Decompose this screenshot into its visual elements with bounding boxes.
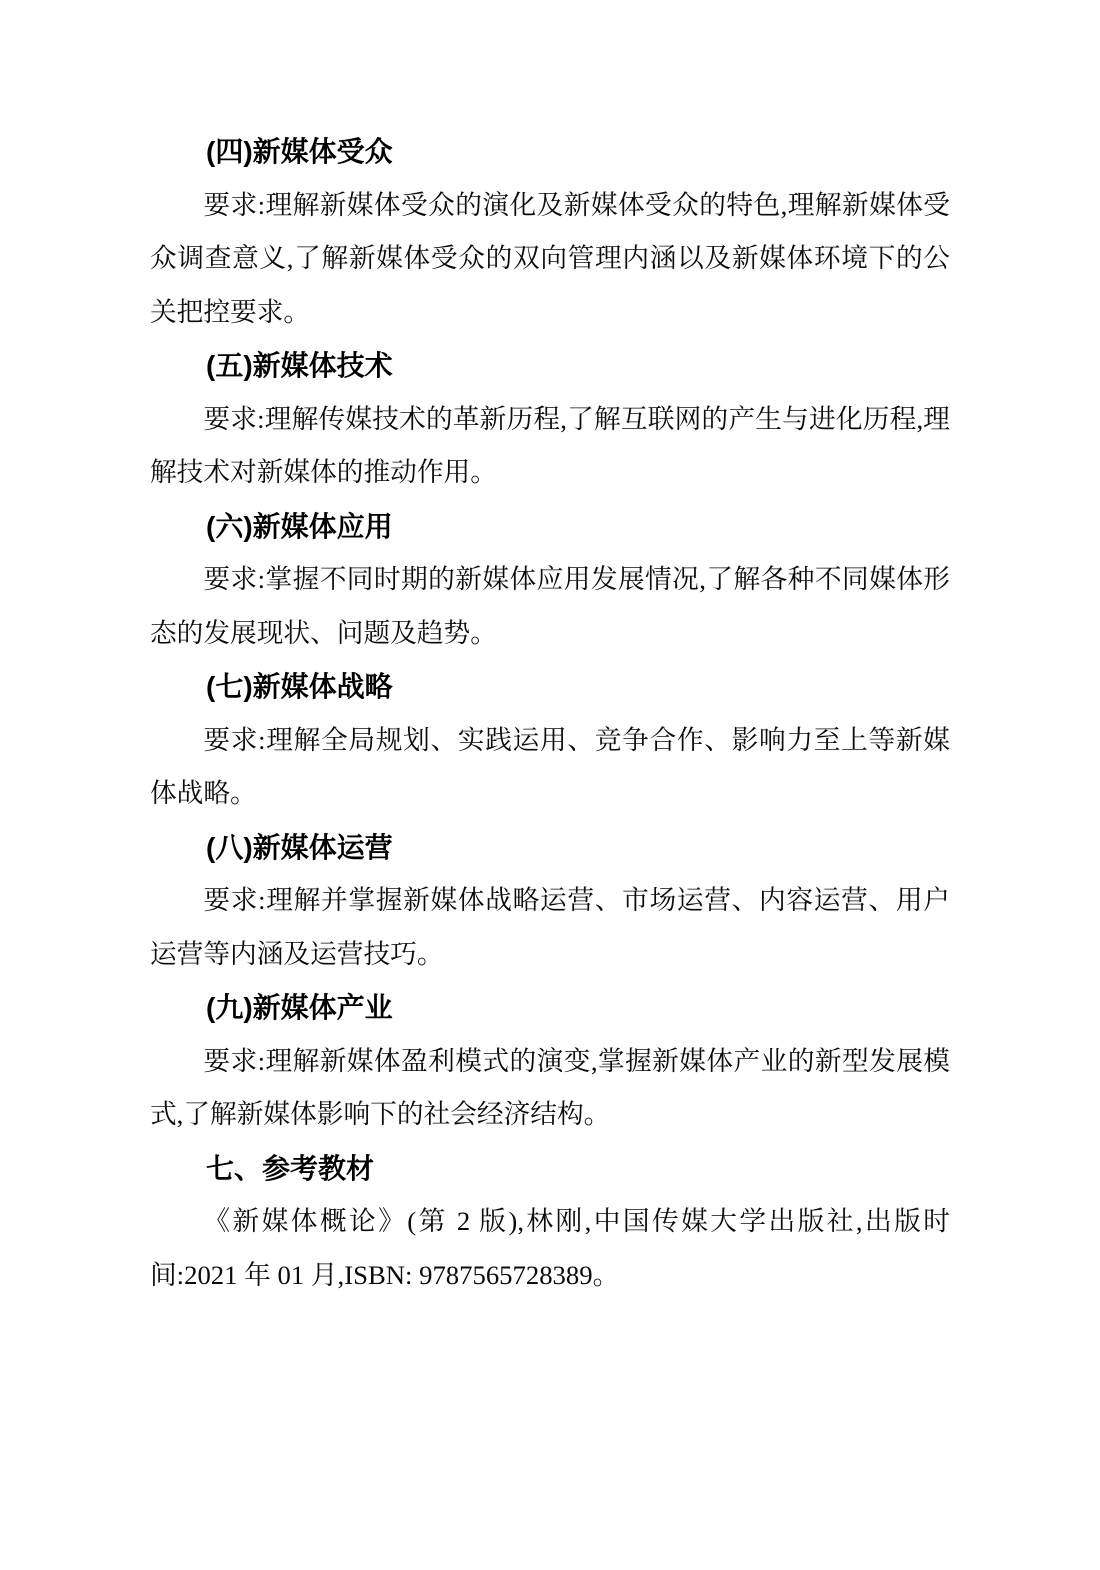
- section-new-media-operation: (八)新媒体运营 要求:理解并掌握新媒体战略运营、市场运营、内容运营、用户运营等…: [150, 821, 950, 982]
- section-heading: (九)新媒体产业: [150, 981, 950, 1035]
- section-body: 《新媒体概论》(第 2 版),林刚,中国传媒大学出版社,出版时间:2021 年 …: [150, 1195, 950, 1302]
- section-new-media-audience: (四)新媒体受众 要求:理解新媒体受众的演化及新媒体受众的特色,理解新媒体受众调…: [150, 125, 950, 339]
- section-body: 要求:理解传媒技术的革新历程,了解互联网的产生与进化历程,理解技术对新媒体的推动…: [150, 393, 950, 500]
- section-body: 要求:理解并掌握新媒体战略运营、市场运营、内容运营、用户运营等内涵及运营技巧。: [150, 874, 950, 981]
- section-heading: (四)新媒体受众: [150, 125, 950, 179]
- section-heading: (六)新媒体应用: [150, 500, 950, 554]
- section-heading: 七、参考教材: [150, 1142, 950, 1196]
- section-new-media-technology: (五)新媒体技术 要求:理解传媒技术的革新历程,了解互联网的产生与进化历程,理解…: [150, 339, 950, 500]
- section-body: 要求:掌握不同时期的新媒体应用发展情况,了解各种不同媒体形态的发展现状、问题及趋…: [150, 553, 950, 660]
- section-new-media-application: (六)新媒体应用 要求:掌握不同时期的新媒体应用发展情况,了解各种不同媒体形态的…: [150, 500, 950, 661]
- section-body: 要求:理解全局规划、实践运用、竞争合作、影响力至上等新媒体战略。: [150, 714, 950, 821]
- section-new-media-strategy: (七)新媒体战略 要求:理解全局规划、实践运用、竞争合作、影响力至上等新媒体战略…: [150, 660, 950, 821]
- section-body: 要求:理解新媒体受众的演化及新媒体受众的特色,理解新媒体受众调查意义,了解新媒体…: [150, 179, 950, 340]
- section-heading: (八)新媒体运营: [150, 821, 950, 875]
- document-content: (四)新媒体受众 要求:理解新媒体受众的演化及新媒体受众的特色,理解新媒体受众调…: [150, 125, 950, 1302]
- section-body: 要求:理解新媒体盈利模式的演变,掌握新媒体产业的新型发展模式,了解新媒体影响下的…: [150, 1035, 950, 1142]
- section-heading: (七)新媒体战略: [150, 660, 950, 714]
- section-new-media-industry: (九)新媒体产业 要求:理解新媒体盈利模式的演变,掌握新媒体产业的新型发展模式,…: [150, 981, 950, 1142]
- section-heading: (五)新媒体技术: [150, 339, 950, 393]
- section-reference-textbook: 七、参考教材 《新媒体概论》(第 2 版),林刚,中国传媒大学出版社,出版时间:…: [150, 1142, 950, 1303]
- document-page: (四)新媒体受众 要求:理解新媒体受众的演化及新媒体受众的特色,理解新媒体受众调…: [0, 0, 1100, 1570]
